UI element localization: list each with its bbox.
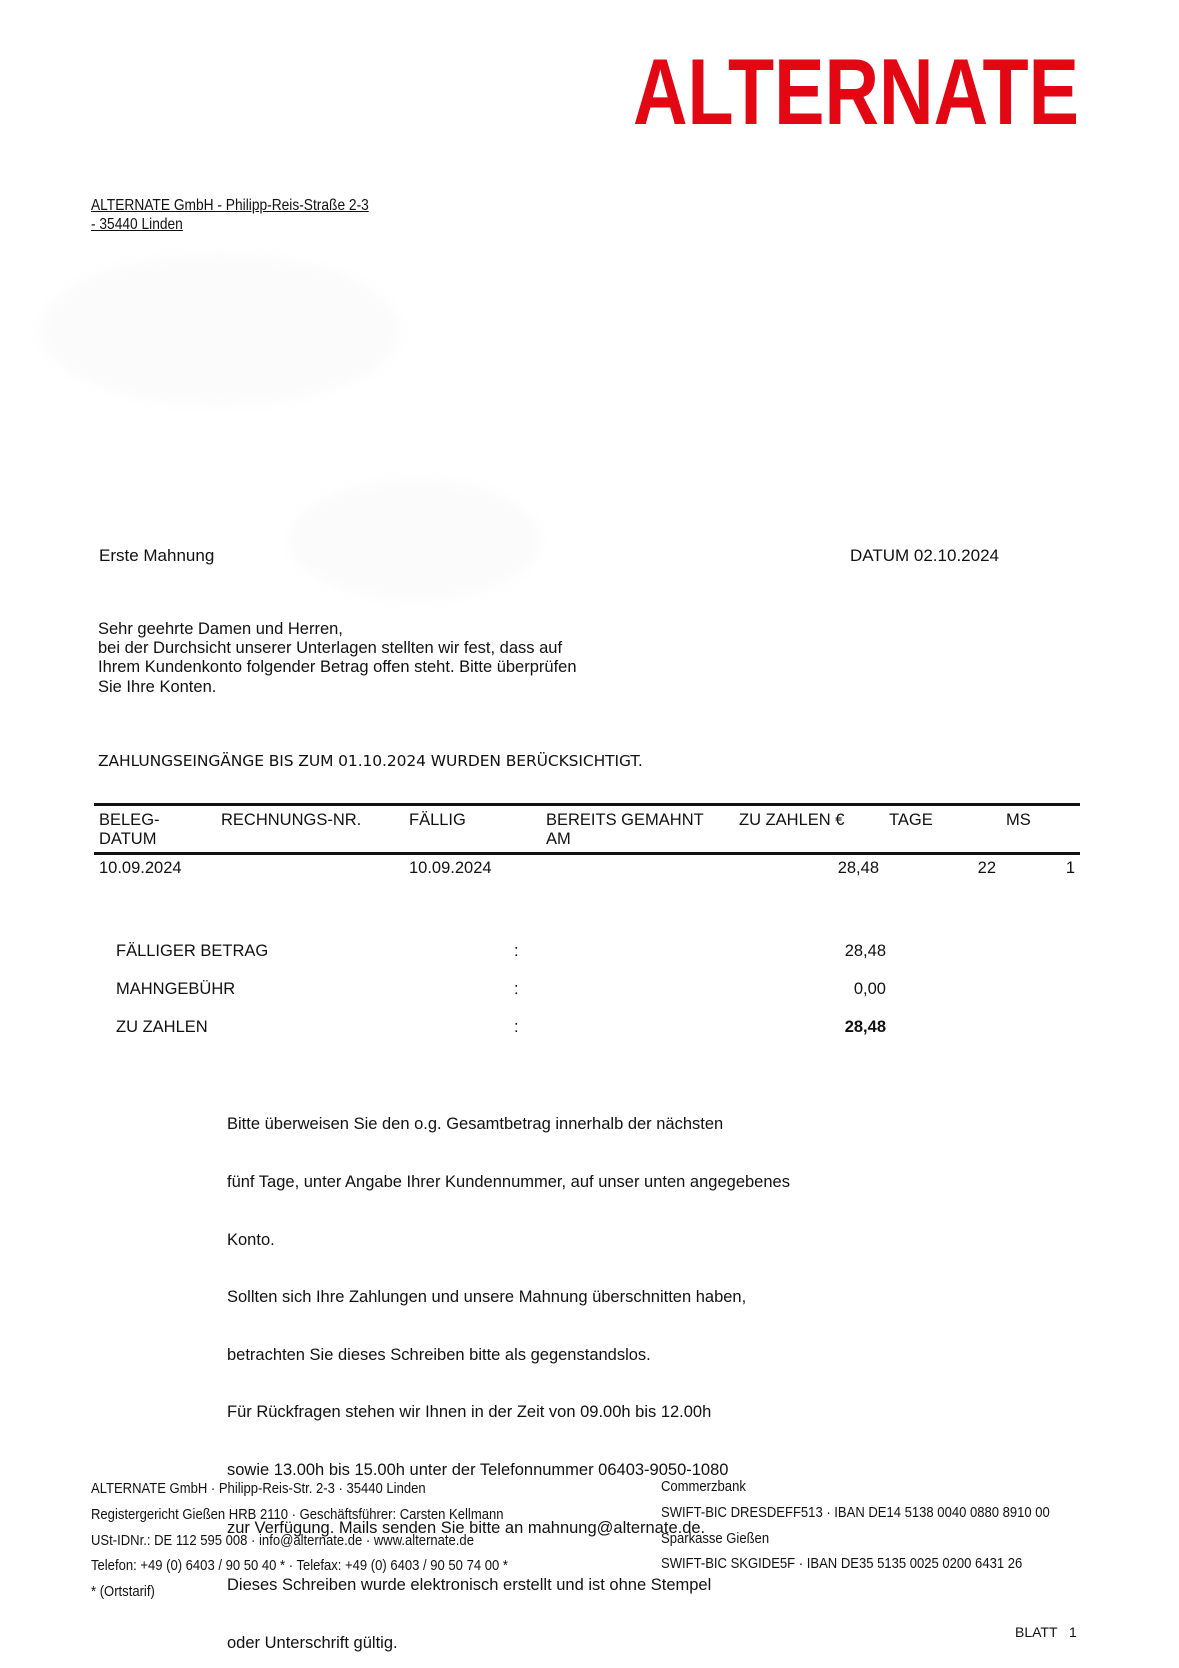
col-tage: TAGE [884, 805, 1001, 854]
footer-line: SWIFT-BIC SKGIDE5F · IBAN DE35 5135 0025… [661, 1551, 1050, 1577]
open-items-table: BELEG- DATUM RECHNUNGS-NR. FÄLLIG BEREIT… [94, 803, 1080, 882]
footer-line: Commerzbank [661, 1474, 1050, 1500]
salutation-line: Ihrem Kundenkonto folgender Betrag offen… [98, 658, 577, 677]
payments-note: ZAHLUNGSEINGÄNGE BIS ZUM 01.10.2024 WURD… [98, 752, 643, 770]
summary-colon: : [514, 980, 519, 999]
salutation-paragraph: Sehr geehrte Damen und Herren, bei der D… [98, 620, 577, 697]
footer-line: Sparkasse Gießen [661, 1526, 1050, 1552]
summary-value: 28,48 [845, 942, 886, 961]
cell-bereits-gemahnt [541, 854, 734, 883]
page-number: 1 [1069, 1624, 1077, 1640]
col-rechnungs-nr: RECHNUNGS-NR. [216, 805, 404, 854]
salutation-line: bei der Durchsicht unserer Unterlagen st… [98, 639, 577, 658]
instruction-line: Bitte überweisen Sie den o.g. Gesamtbetr… [227, 1115, 790, 1134]
cell-beleg-datum: 10.09.2024 [94, 854, 216, 883]
svg-text:ALTERNATE: ALTERNATE [633, 52, 1079, 130]
cell-ms: 1 [1001, 854, 1080, 883]
footer-line: ALTERNATE GmbH · Philipp-Reis-Str. 2-3 ·… [91, 1476, 508, 1502]
cell-faellig: 10.09.2024 [404, 854, 541, 883]
footer-bank-info: Commerzbank SWIFT-BIC DRESDEFF513 · IBAN… [661, 1474, 1050, 1577]
redacted-recipient-address [40, 255, 400, 405]
cell-rechnungs-nr [216, 854, 404, 883]
instruction-line: oder Unterschrift gültig. [227, 1634, 790, 1653]
sender-return-address: ALTERNATE GmbH - Philipp-Reis-Straße 2-3… [91, 196, 369, 234]
col-bereits-gemahnt: BEREITS GEMAHNT AM [541, 805, 734, 854]
footer-line: Telefon: +49 (0) 6403 / 90 50 40 * · Tel… [91, 1553, 508, 1579]
footer-line: Registergericht Gießen HRB 2110 · Geschä… [91, 1502, 508, 1528]
instruction-line: Konto. [227, 1231, 790, 1250]
table-header-row: BELEG- DATUM RECHNUNGS-NR. FÄLLIG BEREIT… [94, 805, 1080, 854]
instruction-line: betrachten Sie dieses Schreiben bitte al… [227, 1346, 790, 1365]
page-indicator: BLATT 1 [1015, 1624, 1077, 1640]
alternate-logo: ALTERNATE [632, 52, 1080, 130]
redacted-customer-number [290, 480, 540, 600]
summary-total-value: 28,48 [845, 1018, 886, 1037]
instruction-line: Sollten sich Ihre Zahlungen und unsere M… [227, 1288, 790, 1307]
footer-line: USt-IDNr.: DE 112 595 008 · info@alterna… [91, 1528, 508, 1554]
summary-colon: : [514, 1018, 519, 1037]
footer-company-info: ALTERNATE GmbH · Philipp-Reis-Str. 2-3 ·… [91, 1476, 508, 1605]
page-label: BLATT [1015, 1624, 1057, 1640]
sender-line-1: ALTERNATE GmbH - Philipp-Reis-Straße 2-3 [91, 196, 369, 215]
summary-value: 0,00 [854, 980, 886, 999]
letter-date: DATUM 02.10.2024 [850, 546, 999, 566]
letter-title: Erste Mahnung [99, 546, 214, 566]
summary-label: FÄLLIGER BETRAG [116, 942, 268, 961]
instruction-line: Für Rückfragen stehen wir Ihnen in der Z… [227, 1403, 790, 1422]
table-row: 10.09.2024 10.09.2024 28,48 22 1 [94, 854, 1080, 883]
col-faellig: FÄLLIG [404, 805, 541, 854]
col-ms: MS [1001, 805, 1080, 854]
summary-label: MAHNGEBÜHR [116, 980, 235, 999]
instruction-line: fünf Tage, unter Angabe Ihrer Kundennumm… [227, 1173, 790, 1192]
salutation-line: Sie Ihre Konten. [98, 678, 577, 697]
footer-line: * (Ortstarif) [91, 1579, 508, 1605]
cell-zu-zahlen: 28,48 [734, 854, 884, 883]
col-beleg-datum: BELEG- DATUM [94, 805, 216, 854]
summary-label: ZU ZAHLEN [116, 1018, 208, 1037]
summary-colon: : [514, 942, 519, 961]
footer-line: SWIFT-BIC DRESDEFF513 · IBAN DE14 5138 0… [661, 1500, 1050, 1526]
sender-line-2: - 35440 Linden [91, 215, 369, 234]
salutation-line: Sehr geehrte Damen und Herren, [98, 620, 577, 639]
col-zu-zahlen: ZU ZAHLEN € [734, 805, 884, 854]
cell-tage: 22 [884, 854, 1001, 883]
